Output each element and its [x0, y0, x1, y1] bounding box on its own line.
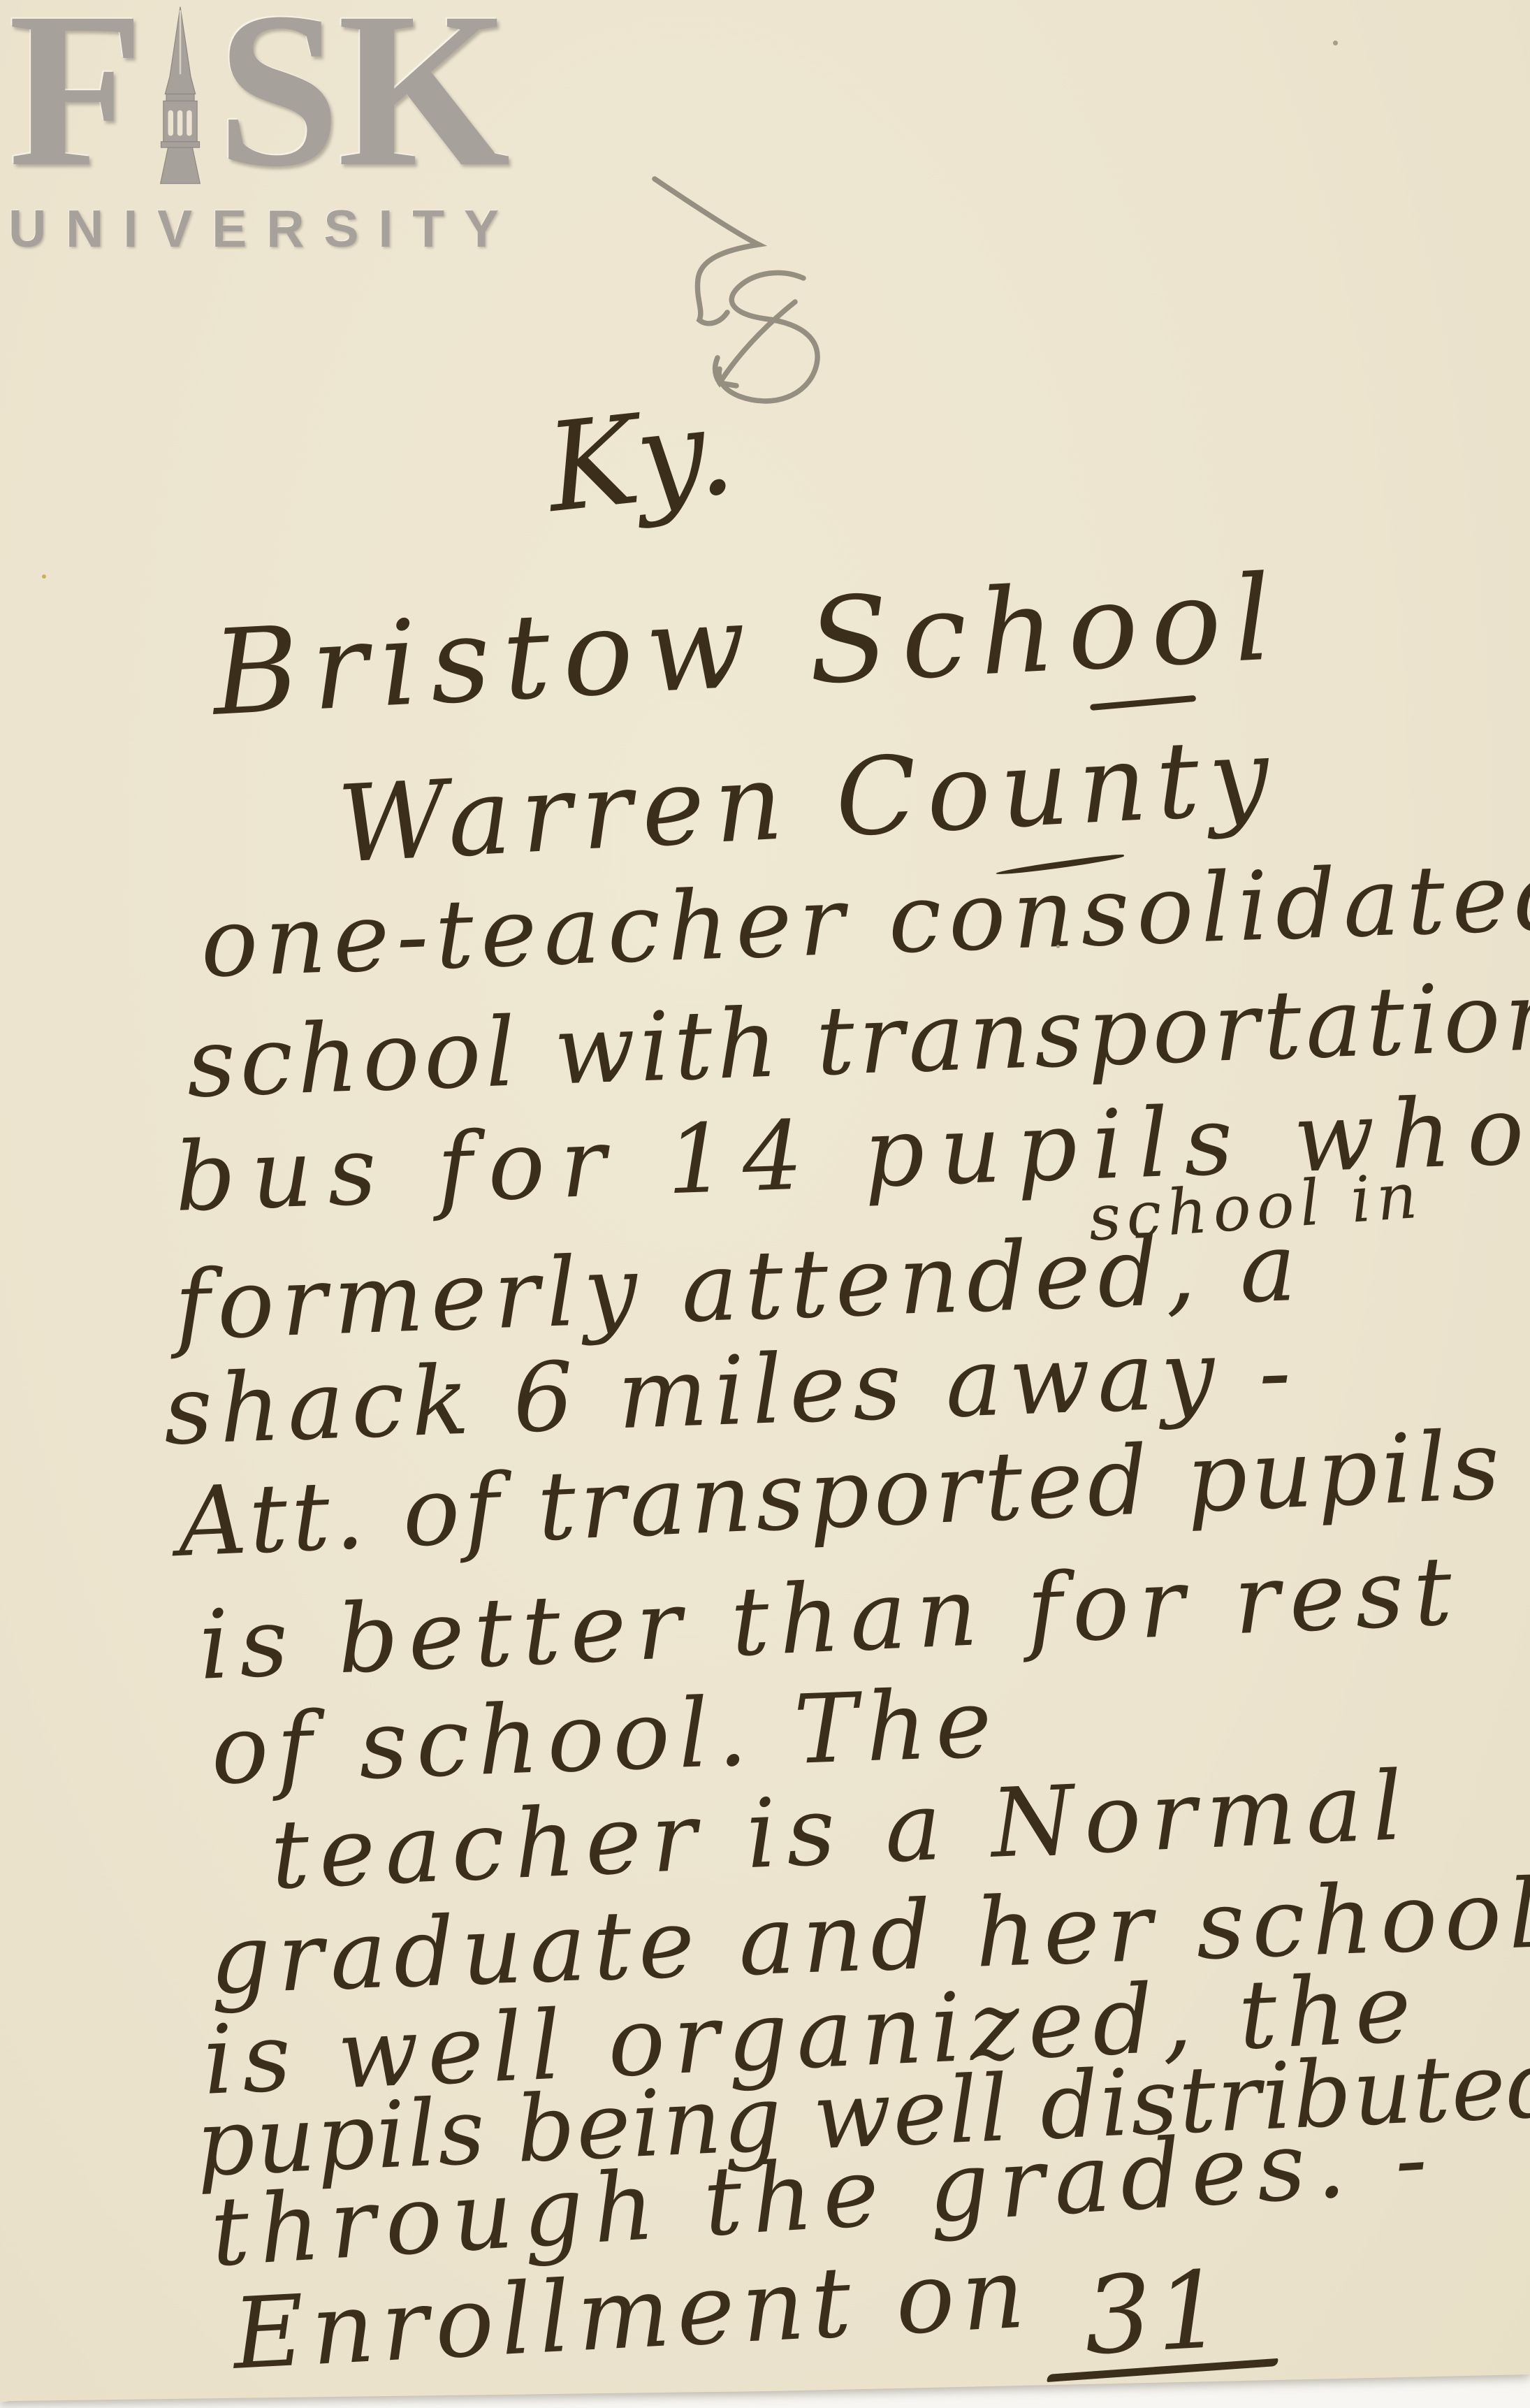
paper-speck [1333, 41, 1338, 45]
handwritten-line-state: Ky. [541, 389, 745, 530]
scanned-page: F SK [0, 0, 1530, 2408]
paper: F SK [0, 0, 1530, 2408]
paper-speck [1056, 945, 1060, 948]
enrollment-number: 31 [1081, 2256, 1230, 2370]
paper-speck [42, 574, 46, 579]
